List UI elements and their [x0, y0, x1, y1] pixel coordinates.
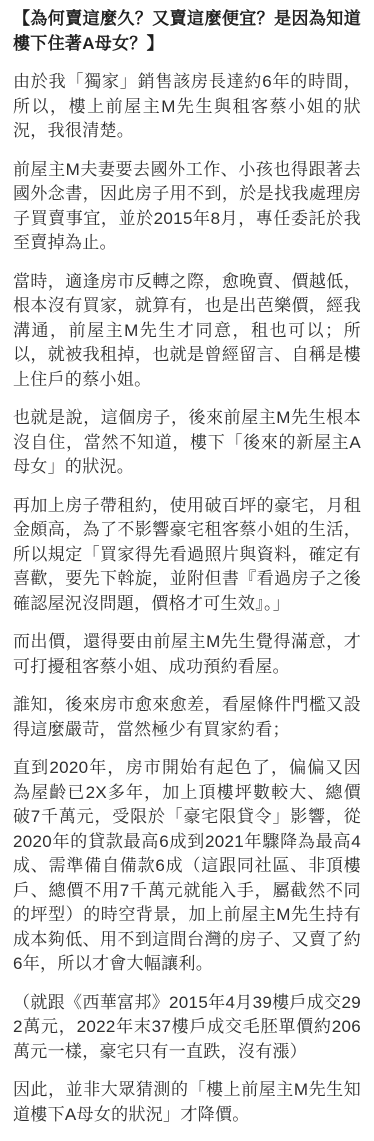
paragraph-exclusive-sale: 由於我「獨家」銷售該房長達約6年的時間，所以，樓上前屋主M先生與租客蔡小姐的狀況…	[13, 70, 361, 144]
paragraph-owner-abroad: 前屋主M夫妻要去國外工作、小孩也得跟著去國外念書，因此房子用不到，於是找我處理房…	[13, 158, 361, 256]
paragraph-owner-not-living: 也就是說，這個房子，後來前屋主M先生根本沒自住，當然不知道，樓下「後來的新屋主A…	[13, 406, 361, 480]
paragraph-price-comparison: （就跟《西華富邦》2015年4月39樓戶成交292萬元，2022年末37樓戶成交…	[13, 991, 361, 1065]
article: 【為何賣這麼久？又賣這麼便宜？是因為知道樓下住著A母女？】 由於我「獨家」銷售該…	[0, 0, 374, 1141]
paragraph-market-downturn: 當時，適逢房市反轉之際，愈晚賣、價越低，根本沒有買家，就算有，也是出芭樂價，經我…	[13, 270, 361, 393]
paragraph-rental-rules: 再加上房子帶租約，使用破百坪的豪宅，月租金頗高，為了不影響豪宅租客蔡小姐的生活，…	[13, 494, 361, 617]
article-title: 【為何賣這麼久？又賣這麼便宜？是因為知道樓下住著A母女？】	[13, 7, 361, 56]
paragraph-offer-approval: 而出價，還得要由前屋主M先生覺得滿意，才可打擾租客蔡小姐、成功預約看屋。	[13, 630, 361, 679]
paragraph-few-buyers: 誰知，後來房市愈來愈差，看屋條件門檻又設得這麼嚴苛，當然極少有買家約看；	[13, 693, 361, 742]
paragraph-conclusion: 因此，並非大眾猜測的「樓上前屋主M先生知道樓下A母女的狀況」才降價。	[13, 1078, 361, 1127]
paragraph-loan-restrictions: 直到2020年，房市開始有起色了，偏偏又因為屋齡已2X多年，加上頂樓坪數較大、總…	[13, 756, 361, 977]
